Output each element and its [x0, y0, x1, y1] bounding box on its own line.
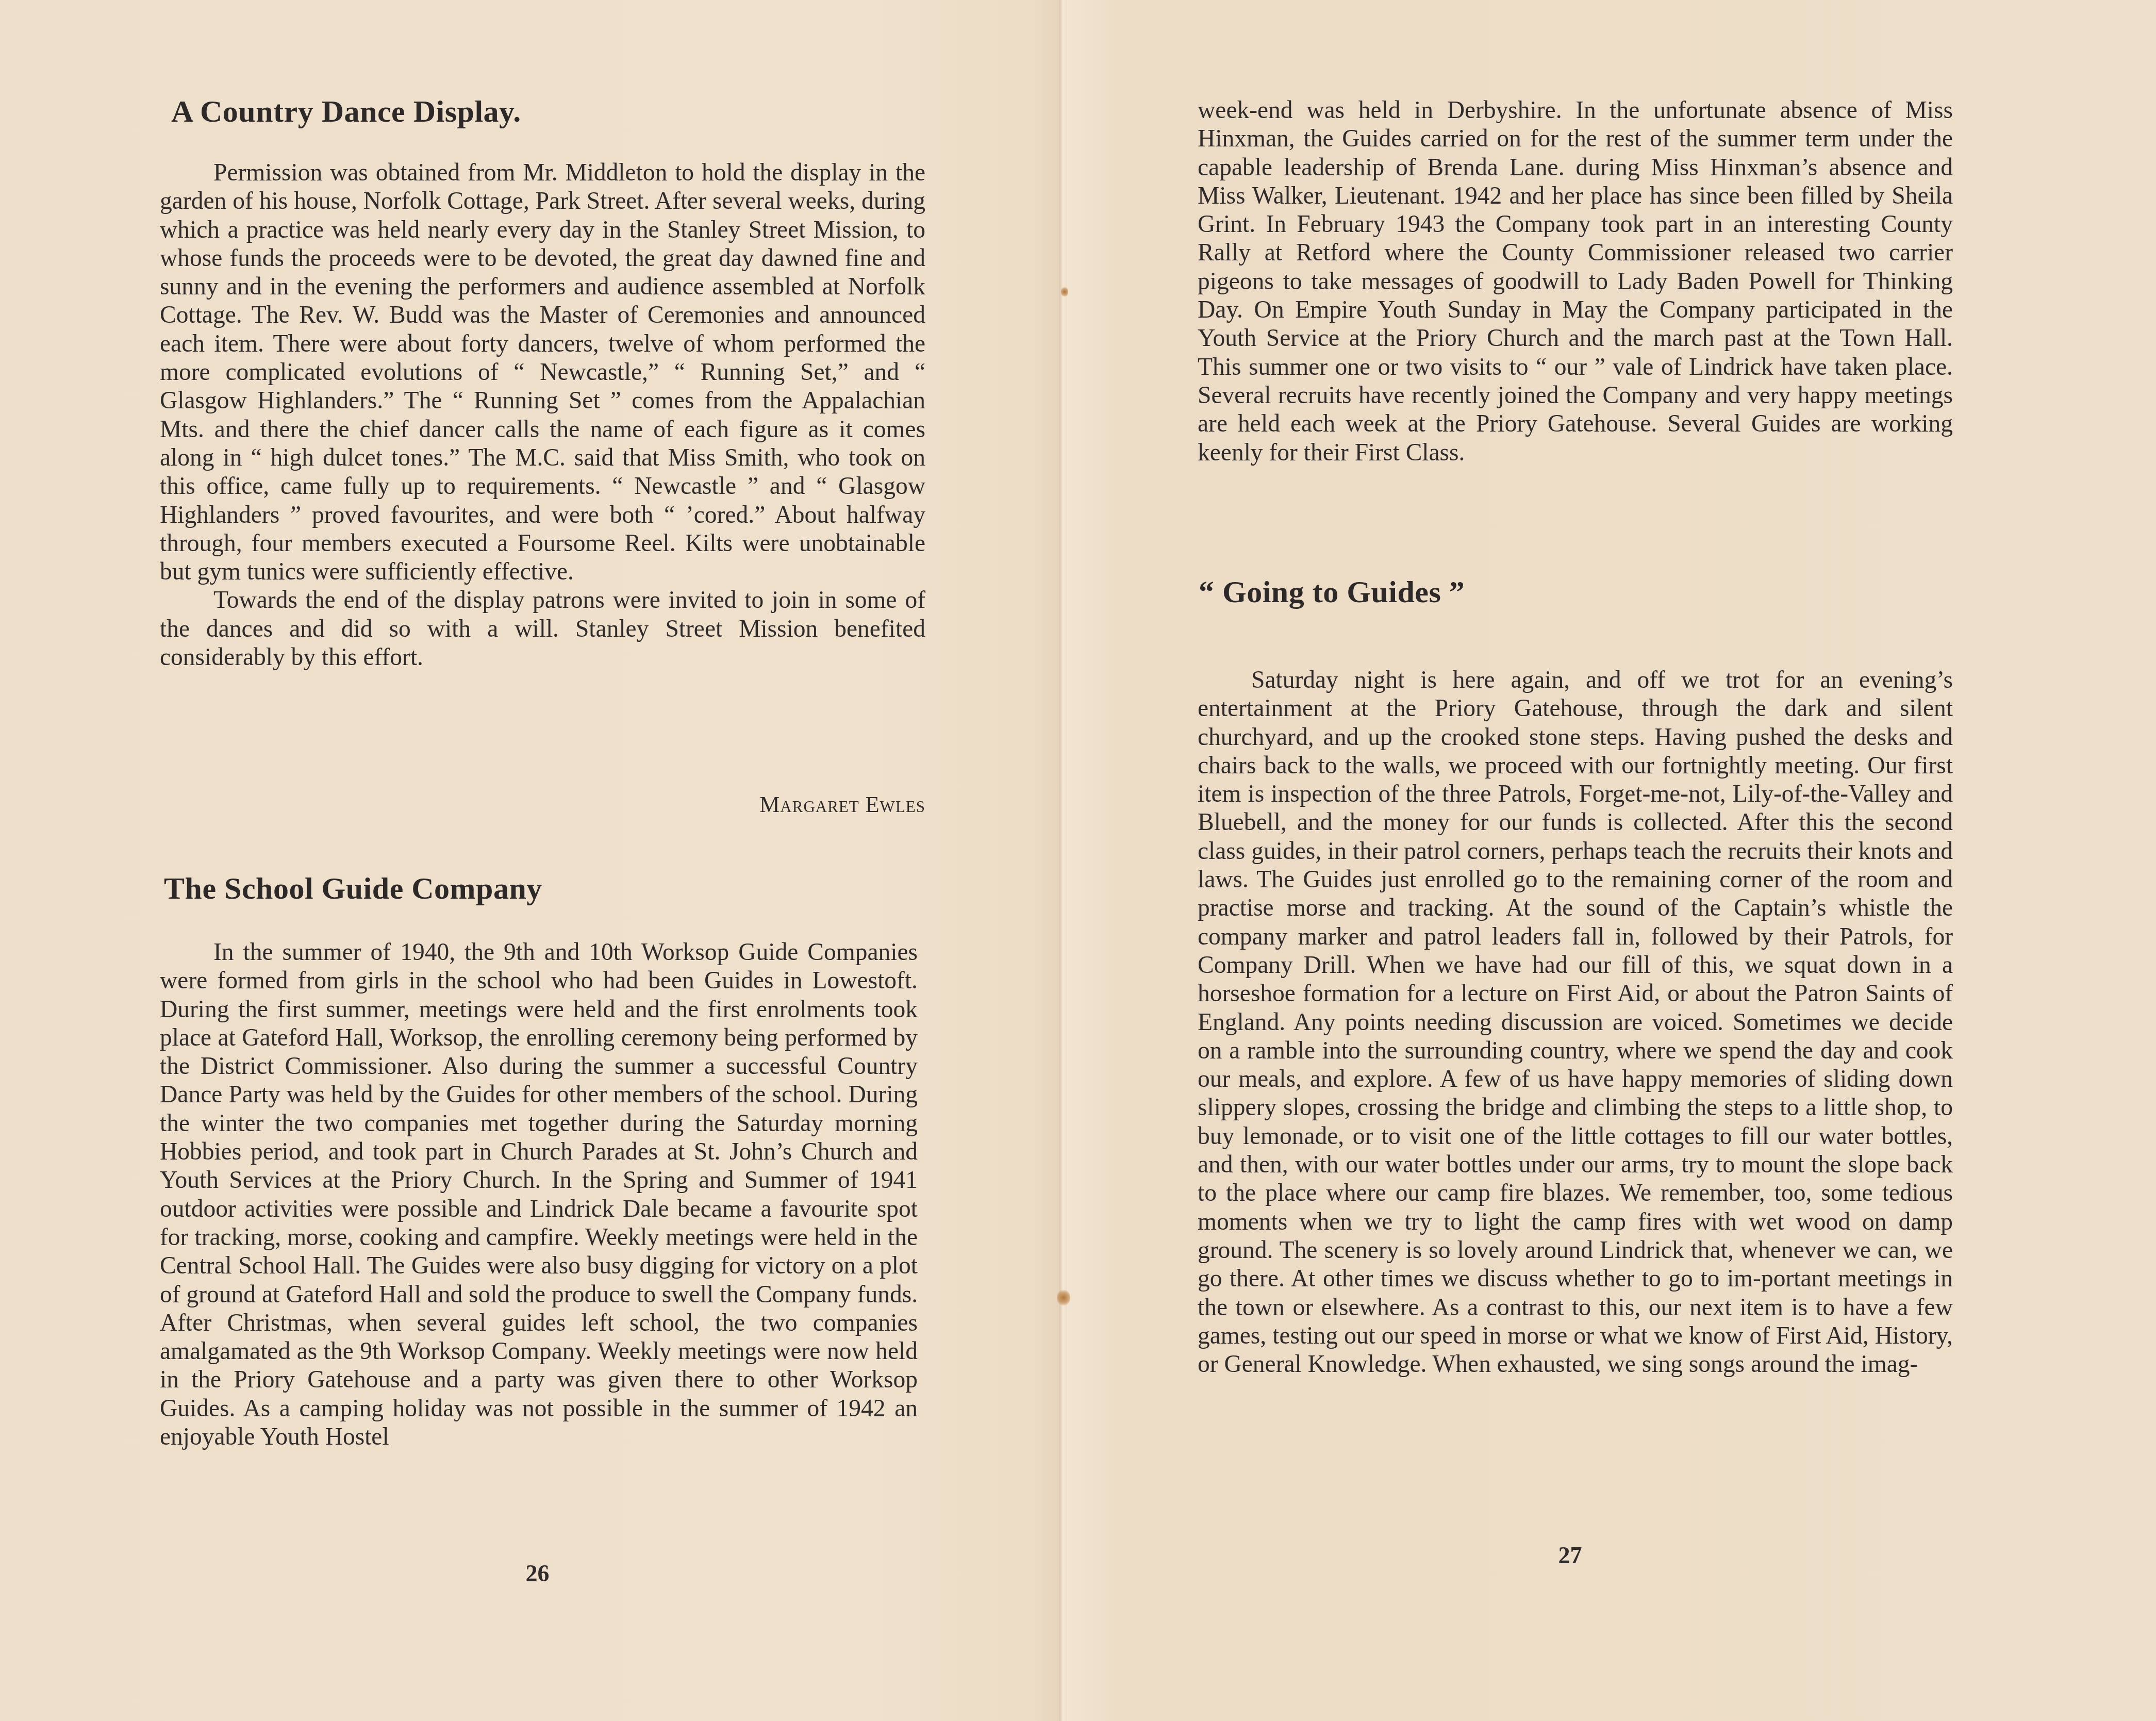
foxing-stain — [1061, 286, 1068, 297]
body-paragraph: week-end was held in Derbyshire. In the … — [1198, 96, 1953, 467]
going-to-guides-article: Saturday night is here again, and off we… — [1198, 666, 1953, 1379]
page-number: 27 — [1192, 1542, 1948, 1569]
body-paragraph: Permission was obtained from Mr. Middlet… — [160, 159, 925, 586]
book-spread: A Country Dance Display. Permission was … — [0, 0, 2156, 1721]
section-title-school-guide-company: The School Guide Company — [164, 871, 542, 905]
left-page: A Country Dance Display. Permission was … — [160, 0, 925, 1721]
country-dance-article: Permission was obtained from Mr. Middlet… — [160, 159, 925, 672]
continued-article: week-end was held in Derbyshire. In the … — [1198, 96, 1953, 467]
foxing-stain — [1057, 1289, 1070, 1306]
school-guide-article: In the summer of 1940, the 9th and 10th … — [160, 938, 918, 1451]
section-title-going-to-guides: “ Going to Guides ” — [1199, 575, 1465, 609]
body-paragraph: Towards the end of the display patrons w… — [160, 586, 925, 672]
author-byline: Margaret Ewles — [160, 791, 1003, 818]
book-spine-gutter — [1059, 0, 1067, 1721]
right-page: week-end was held in Derbyshire. In the … — [1198, 0, 1953, 1721]
body-paragraph: Saturday night is here again, and off we… — [1198, 666, 1953, 1379]
body-paragraph: In the summer of 1940, the 9th and 10th … — [160, 938, 918, 1451]
section-title-country-dance: A Country Dance Display. — [171, 94, 521, 128]
page-number: 26 — [155, 1560, 920, 1587]
